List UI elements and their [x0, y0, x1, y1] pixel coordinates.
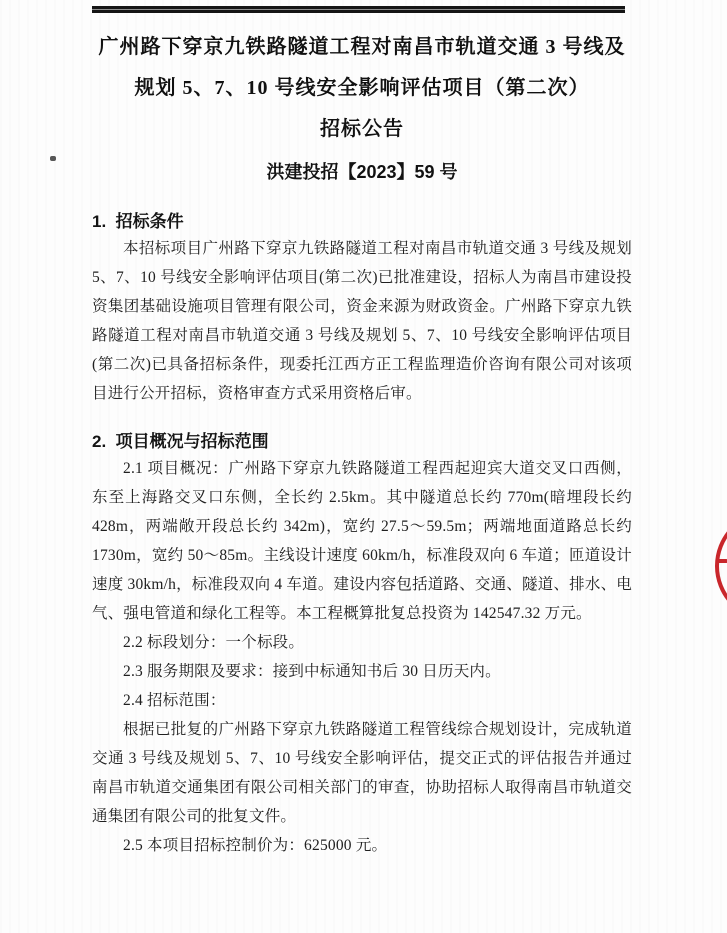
- section-2-5-control-price: 2.5 本项目招标控制价为：625000 元。: [92, 831, 632, 860]
- document-number: 洪建投招【2023】59 号: [92, 158, 632, 186]
- section-2-4-scope-label: 2.4 招标范围：: [92, 686, 632, 715]
- scan-artifact-speck: [50, 156, 56, 161]
- section-2-4-scope-body: 根据已批复的广州路下穿京九铁路隧道工程管线综合规划设计，完成轨道交通 3 号线及…: [92, 715, 632, 831]
- top-border-rule: [92, 6, 625, 13]
- section-2-1-overview: 2.1 项目概况：广州路下穿京九铁路隧道工程西起迎宾大道交叉口西侧，东至上海路交…: [92, 454, 632, 628]
- document-title: 广州路下穿京九铁路隧道工程对南昌市轨道交通 3 号线及 规划 5、7、10 号线…: [92, 27, 632, 150]
- red-seal-stroke: [716, 559, 727, 563]
- title-line-1: 广州路下穿京九铁路隧道工程对南昌市轨道交通 3 号线及: [92, 27, 632, 68]
- section-2-2-division: 2.2 标段划分：一个标段。: [92, 628, 632, 657]
- section-2-3-service-period: 2.3 服务期限及要求：接到中标通知书后 30 日历天内。: [92, 657, 632, 686]
- title-line-2: 规划 5、7、10 号线安全影响评估项目（第二次）: [92, 68, 632, 109]
- scanned-document-page: 广州路下穿京九铁路隧道工程对南昌市轨道交通 3 号线及 规划 5、7、10 号线…: [0, 0, 727, 933]
- title-line-3: 招标公告: [92, 109, 632, 150]
- section-2-heading: 2. 项目概况与招标范围: [92, 430, 632, 454]
- red-seal-arc: [715, 510, 727, 622]
- section-1-paragraph: 本招标项目广州路下穿京九铁路隧道工程对南昌市轨道交通 3 号线及规划 5、7、1…: [92, 234, 632, 408]
- document-content: 广州路下穿京九铁路隧道工程对南昌市轨道交通 3 号线及 规划 5、7、10 号线…: [92, 0, 632, 860]
- section-1-heading: 1. 招标条件: [92, 210, 632, 234]
